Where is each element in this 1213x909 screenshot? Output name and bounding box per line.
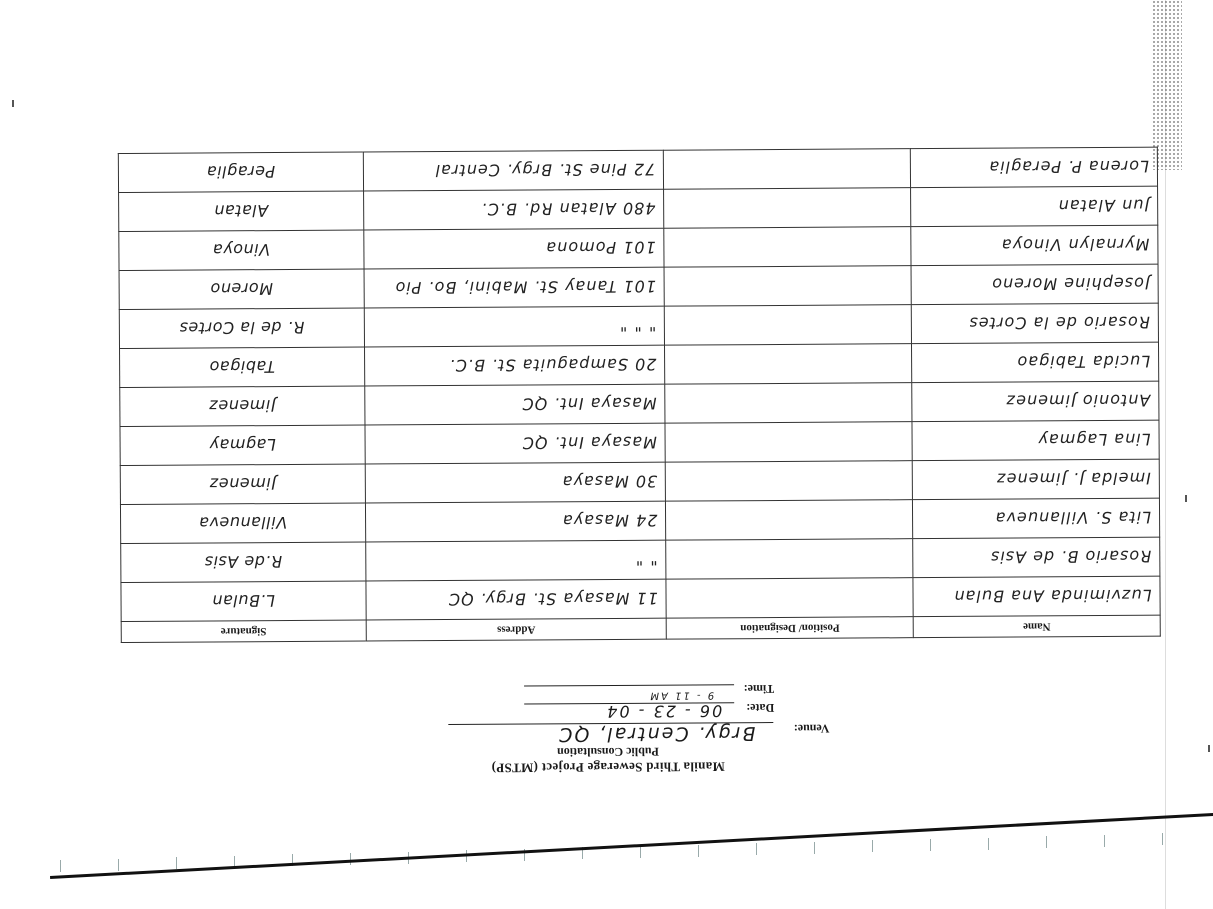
row-position (666, 578, 913, 619)
row-address: Masaya Int. QC (364, 384, 665, 425)
row-address: 24 Masaya (365, 501, 666, 542)
row-address: " " " (364, 306, 665, 347)
table-row: Josephine Moreno101 Tanay St. Mabini, Bo… (119, 264, 1158, 309)
row-address: 30 Masaya (365, 462, 666, 503)
row-signature: Villanueva (120, 503, 365, 543)
row-name: Antonio Jimenez (912, 381, 1159, 422)
table-row: Luzviminda Ana Bulan11 Masaya St. Brgy. … (121, 576, 1160, 621)
venue-label: Venue: (794, 721, 830, 736)
row-name: Luzviminda Ana Bulan (913, 576, 1160, 617)
row-position (664, 149, 911, 190)
scan-tick-marks (40, 830, 1213, 870)
row-name: Lita S. Villanueva (913, 498, 1160, 539)
row-address: 11 Masaya St. Brgy. QC (366, 579, 667, 620)
scan-speck (1208, 745, 1210, 752)
table-row: Jun Alatan480 Alatan Rd. B.C.Alatan (119, 186, 1158, 231)
row-address: 101 Pomona (364, 228, 665, 269)
row-address: 480 Alatan Rd. B.C. (363, 189, 664, 230)
scan-speck (12, 100, 14, 107)
scanned-page: Manila Third Sewerage Project (MTSP) Pub… (0, 0, 1213, 909)
scan-tick (118, 859, 119, 871)
table-row: Rosario B. de Asis" "R.de Asis (121, 537, 1160, 582)
row-signature: Lagmay (120, 425, 365, 465)
row-position (665, 305, 912, 346)
row-position (664, 266, 911, 307)
row-name: Myrnalyn Vinoya (911, 225, 1158, 266)
venue-value: Brgy. Central, QC (448, 722, 773, 746)
scan-tick (814, 842, 815, 854)
row-name: Josephine Moreno (911, 264, 1158, 305)
row-name: Lucida Tabigao (912, 342, 1159, 383)
scan-tick (698, 845, 699, 857)
table-row: Lina LagmayMasaya Int. QCLagmay (120, 420, 1159, 465)
attendance-sheet: Manila Third Sewerage Project (MTSP) Pub… (0, 0, 1213, 909)
rotated-document: Manila Third Sewerage Project (MTSP) Pub… (0, 0, 1213, 909)
scan-tick (176, 857, 177, 869)
date-label: Date: (746, 700, 774, 715)
time-label: Time: (744, 681, 775, 696)
row-name: Rosario de la Cortes (911, 303, 1158, 344)
row-signature: Moreno (119, 269, 364, 309)
table-row: Antonio JimenezMasaya Int. QCJimenez (120, 381, 1159, 426)
scan-speck (1185, 495, 1187, 502)
row-name: Rosario B. de Asis (913, 537, 1160, 578)
row-position (665, 422, 912, 463)
scan-tick (60, 860, 61, 872)
time-value: 9 - 11 AM (524, 684, 734, 701)
row-position (666, 461, 913, 502)
row-address: 72 Pine St. Brgy. Central (363, 150, 664, 191)
row-position (666, 500, 913, 541)
row-address: 20 Sampaguita St. B.C. (364, 345, 665, 386)
row-position (664, 188, 911, 229)
scan-tick (1162, 833, 1163, 845)
row-address: Masaya Int. QC (365, 423, 666, 464)
row-address: 101 Tanay St. Mabini, Bo. Pio (364, 267, 665, 308)
row-name: Jun Alatan (911, 186, 1158, 227)
header-signature: Signature (121, 620, 366, 642)
row-signature: Jimenez (120, 464, 365, 504)
table-row: Rosario de la Cortes" " "R. de la Cortes (119, 303, 1158, 348)
scan-tick (756, 843, 757, 855)
scan-tick (1104, 835, 1105, 847)
row-position (664, 227, 911, 268)
table-row: Lita S. Villanueva24 MasayaVillanueva (120, 498, 1159, 543)
date-value: 06 - 23 - 04 (524, 702, 734, 721)
scan-tick (872, 840, 873, 852)
header-address: Address (366, 618, 667, 641)
table-row: Lorena P. Peraglia72 Pine St. Brgy. Cent… (118, 147, 1157, 192)
row-position (665, 383, 912, 424)
scan-tick (640, 846, 641, 858)
row-signature: Jimenez (120, 386, 365, 426)
attendance-table: Name Position/ Designation Address Signa… (118, 147, 1161, 643)
row-position (666, 539, 913, 580)
row-address: " " (365, 540, 666, 581)
table-row: Lucida Tabigao20 Sampaguita St. B.C.Tabi… (120, 342, 1159, 387)
row-signature: R.de Asis (121, 542, 366, 582)
row-signature: Peraglia (118, 152, 363, 192)
row-name: Lina Lagmay (912, 420, 1159, 461)
scan-tick (988, 838, 989, 850)
table-row: Imelda J. Jimenez30 MasayaJimenez (120, 459, 1159, 504)
row-signature: Tabigao (120, 347, 365, 387)
row-name: Lorena P. Peraglia (910, 147, 1157, 188)
row-signature: Vinoya (119, 230, 364, 270)
table-row: Myrnalyn Vinoya101 PomonaVinoya (119, 225, 1158, 270)
row-position (665, 344, 912, 385)
scan-tick (1046, 836, 1047, 848)
row-name: Imelda J. Jimenez (912, 459, 1159, 500)
row-signature: L.Bulan (121, 581, 366, 621)
row-signature: R. de la Cortes (119, 308, 364, 348)
scan-tick (930, 839, 931, 851)
header-position: Position/ Designation (667, 617, 914, 640)
header-name: Name (913, 615, 1160, 638)
row-signature: Alatan (119, 191, 364, 231)
